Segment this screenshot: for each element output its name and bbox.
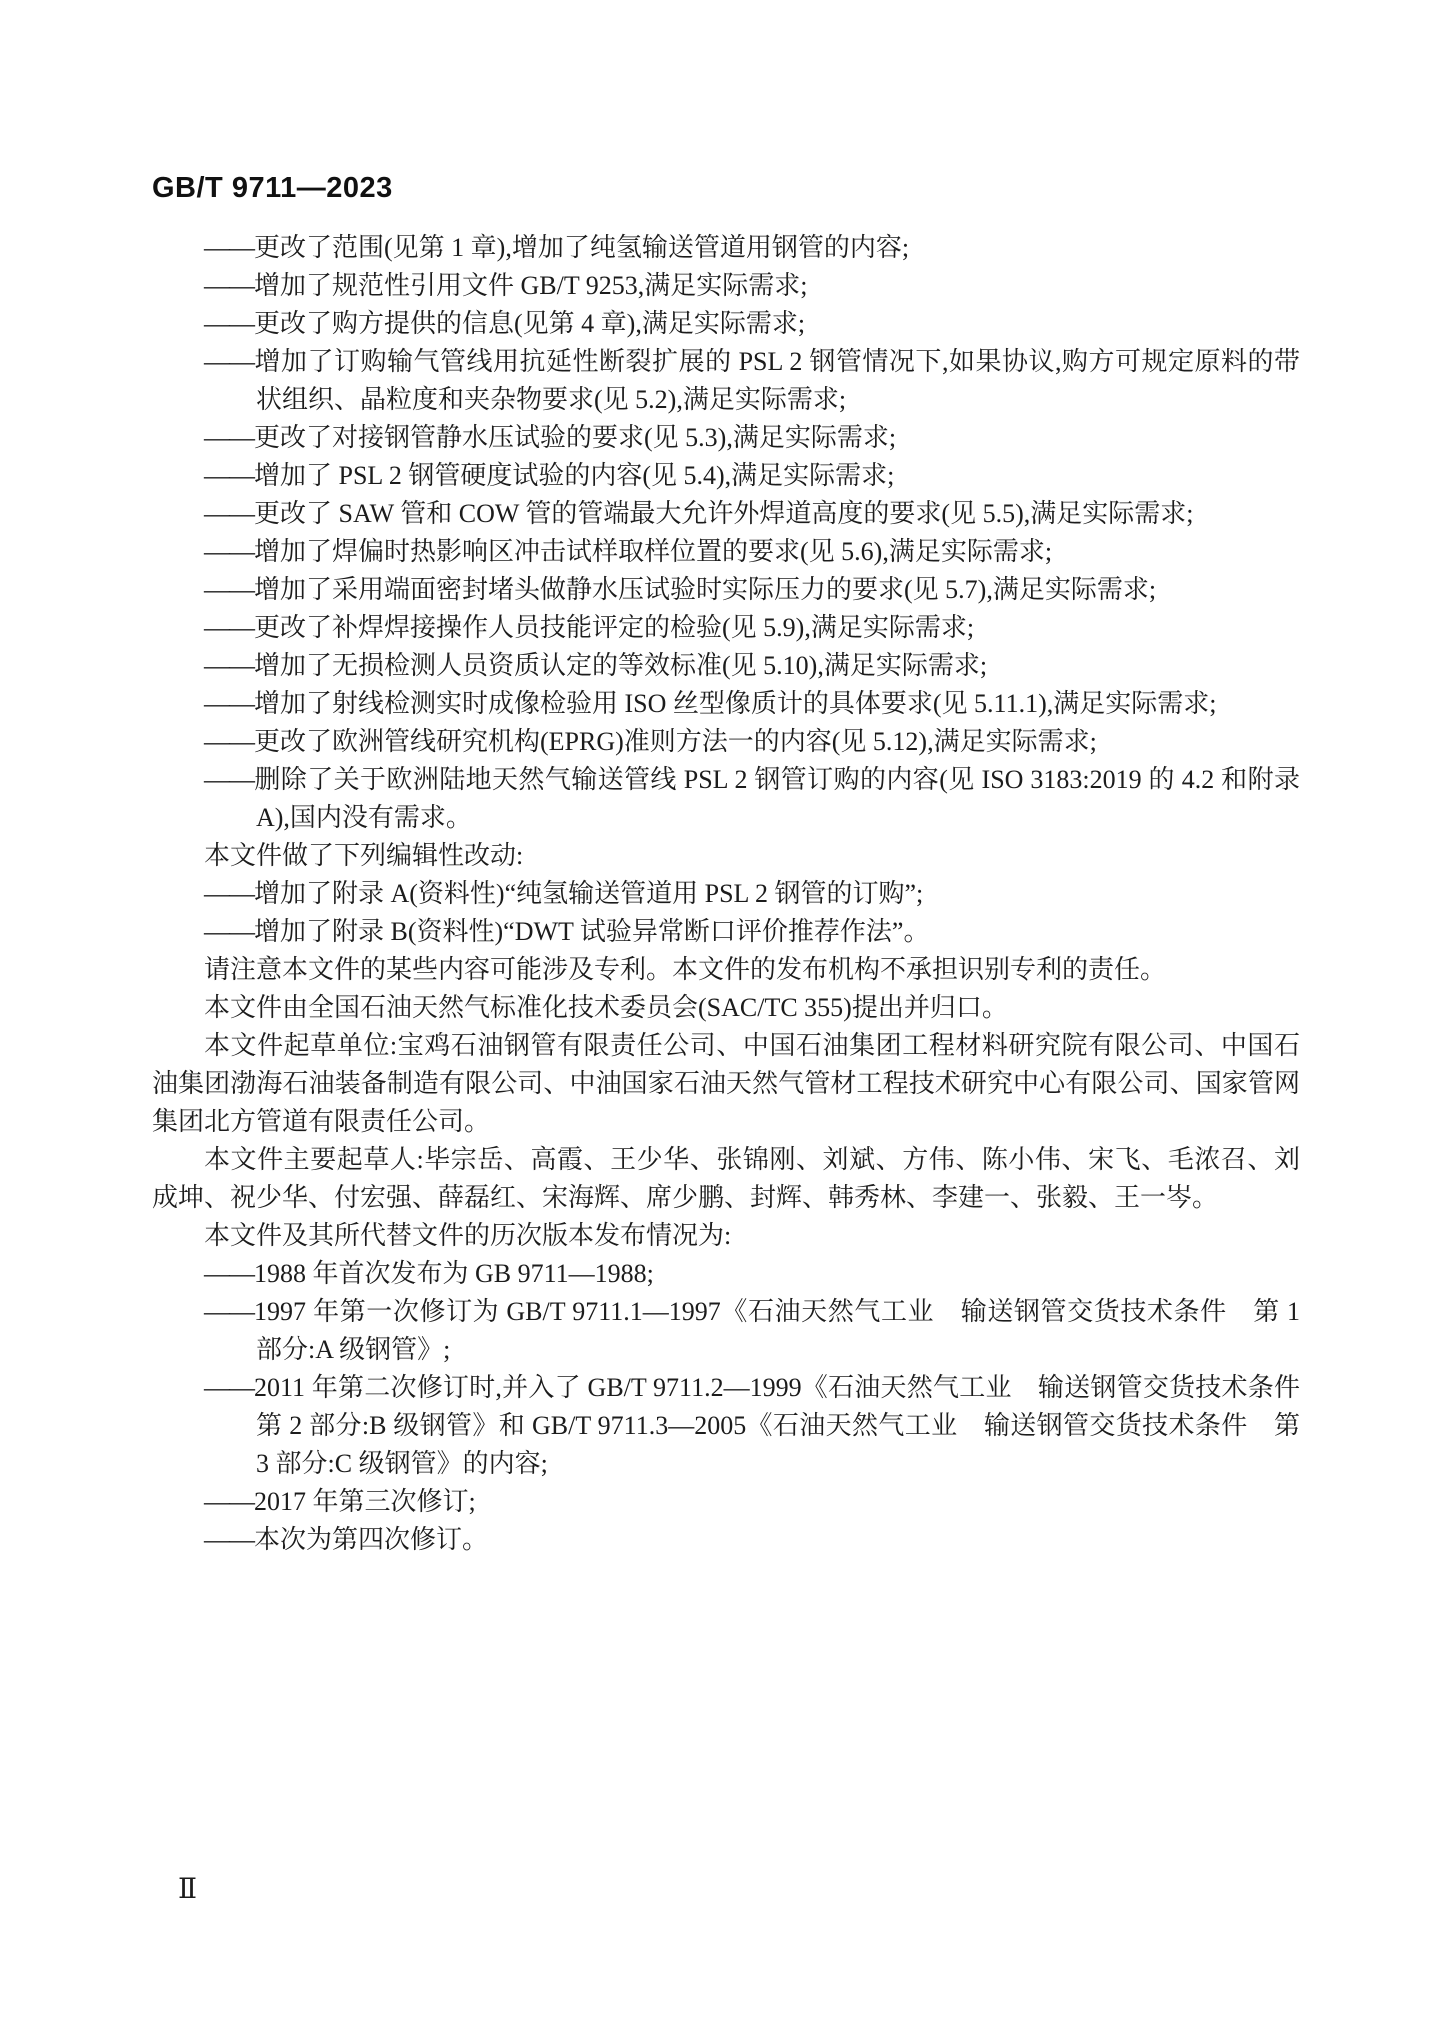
block-text: 1988 年首次发布为 GB 9711—1988; <box>254 1259 654 1288</box>
list-item: ——增加了 PSL 2 钢管硬度试验的内容(见 5.4),满足实际需求; <box>152 457 1300 495</box>
list-item: ——更改了购方提供的信息(见第 4 章),满足实际需求; <box>152 305 1300 343</box>
block-text: 增加了无损检测人员资质认定的等效标准(见 5.10),满足实际需求; <box>254 651 987 680</box>
list-item: ——2011 年第二次修订时,并入了 GB/T 9711.2—1999《石油天然… <box>152 1369 1300 1483</box>
paragraph: 请注意本文件的某些内容可能涉及专利。本文件的发布机构不承担识别专利的责任。 <box>152 951 1300 989</box>
list-item: ——1988 年首次发布为 GB 9711—1988; <box>152 1255 1300 1293</box>
block-text: 更改了欧洲管线研究机构(EPRG)准则方法一的内容(见 5.12),满足实际需求… <box>254 727 1097 756</box>
block-text: 更改了对接钢管静水压试验的要求(见 5.3),满足实际需求; <box>254 423 896 452</box>
em-dash-bullet: —— <box>204 879 254 908</box>
list-item: ——增加了射线检测实时成像检验用 ISO 丝型像质计的具体要求(见 5.11.1… <box>152 685 1300 723</box>
block-text: 更改了补焊焊接操作人员技能评定的检验(见 5.9),满足实际需求; <box>254 613 974 642</box>
block-text: 1997 年第一次修订为 GB/T 9711.1—1997《石油天然气工业 输送… <box>254 1297 1300 1364</box>
block-text: 更改了范围(见第 1 章),增加了纯氢输送管道用钢管的内容; <box>254 233 909 262</box>
em-dash-bullet: —— <box>204 1373 254 1402</box>
em-dash-bullet: —— <box>204 917 254 946</box>
em-dash-bullet: —— <box>204 537 254 566</box>
block-text: 增加了采用端面密封堵头做静水压试验时实际压力的要求(见 5.7),满足实际需求; <box>254 575 1156 604</box>
em-dash-bullet: —— <box>204 271 254 300</box>
block-text: 增加了附录 B(资料性)“DWT 试验异常断口评价推荐作法”。 <box>254 917 929 946</box>
block-text: 更改了 SAW 管和 COW 管的管端最大允许外焊道高度的要求(见 5.5),满… <box>254 499 1193 528</box>
block-text: 增加了射线检测实时成像检验用 ISO 丝型像质计的具体要求(见 5.11.1),… <box>254 689 1216 718</box>
list-item: ——增加了采用端面密封堵头做静水压试验时实际压力的要求(见 5.7),满足实际需… <box>152 571 1300 609</box>
paragraph: 本文件及其所代替文件的历次版本发布情况为: <box>152 1217 1300 1255</box>
block-text: 增加了附录 A(资料性)“纯氢输送管道用 PSL 2 钢管的订购”; <box>254 879 923 908</box>
list-item: ——增加了附录 A(资料性)“纯氢输送管道用 PSL 2 钢管的订购”; <box>152 875 1300 913</box>
list-item: ——2017 年第三次修订; <box>152 1483 1300 1521</box>
em-dash-bullet: —— <box>204 1487 254 1516</box>
em-dash-bullet: —— <box>204 461 254 490</box>
list-item: ——1997 年第一次修订为 GB/T 9711.1—1997《石油天然气工业 … <box>152 1293 1300 1369</box>
list-item: ——增加了附录 B(资料性)“DWT 试验异常断口评价推荐作法”。 <box>152 913 1300 951</box>
standard-code-header: GB/T 9711—2023 <box>152 172 393 205</box>
block-text: 本文件由全国石油天然气标准化技术委员会(SAC/TC 355)提出并归口。 <box>204 993 1008 1022</box>
paragraph: 本文件做了下列编辑性改动: <box>152 837 1300 875</box>
em-dash-bullet: —— <box>204 651 254 680</box>
list-item: ——更改了 SAW 管和 COW 管的管端最大允许外焊道高度的要求(见 5.5)… <box>152 495 1300 533</box>
list-item: ——删除了关于欧洲陆地天然气输送管线 PSL 2 钢管订购的内容(见 ISO 3… <box>152 761 1300 837</box>
block-text: 本文件主要起草人:毕宗岳、高霞、王少华、张锦刚、刘斌、方伟、陈小伟、宋飞、毛浓召… <box>152 1145 1300 1212</box>
em-dash-bullet: —— <box>204 233 254 262</box>
page-number: Ⅱ <box>178 1872 197 1906</box>
block-text: 本次为第四次修订。 <box>254 1525 488 1554</box>
block-text: 本文件做了下列编辑性改动: <box>204 841 523 870</box>
block-text: 2011 年第二次修订时,并入了 GB/T 9711.2—1999《石油天然气工… <box>254 1373 1326 1478</box>
em-dash-bullet: —— <box>204 765 254 794</box>
em-dash-bullet: —— <box>204 1297 254 1326</box>
em-dash-bullet: —— <box>204 689 254 718</box>
em-dash-bullet: —— <box>204 347 254 376</box>
block-text: 2017 年第三次修订; <box>254 1487 476 1516</box>
em-dash-bullet: —— <box>204 575 254 604</box>
list-item: ——更改了对接钢管静水压试验的要求(见 5.3),满足实际需求; <box>152 419 1300 457</box>
em-dash-bullet: —— <box>204 1525 254 1554</box>
block-text: 增加了 PSL 2 钢管硬度试验的内容(见 5.4),满足实际需求; <box>254 461 894 490</box>
block-text: 增加了订购输气管线用抗延性断裂扩展的 PSL 2 钢管情况下,如果协议,购方可规… <box>254 347 1300 414</box>
list-item: ——增加了无损检测人员资质认定的等效标准(见 5.10),满足实际需求; <box>152 647 1300 685</box>
em-dash-bullet: —— <box>204 727 254 756</box>
block-text: 删除了关于欧洲陆地天然气输送管线 PSL 2 钢管订购的内容(见 ISO 318… <box>254 765 1300 832</box>
block-text: 请注意本文件的某些内容可能涉及专利。本文件的发布机构不承担识别专利的责任。 <box>204 955 1166 984</box>
em-dash-bullet: —— <box>204 1259 254 1288</box>
list-item: ——增加了订购输气管线用抗延性断裂扩展的 PSL 2 钢管情况下,如果协议,购方… <box>152 343 1300 419</box>
list-item: ——增加了规范性引用文件 GB/T 9253,满足实际需求; <box>152 267 1300 305</box>
block-text: 更改了购方提供的信息(见第 4 章),满足实际需求; <box>254 309 805 338</box>
paragraph: 本文件由全国石油天然气标准化技术委员会(SAC/TC 355)提出并归口。 <box>152 989 1300 1027</box>
foreword-content: ——更改了范围(见第 1 章),增加了纯氢输送管道用钢管的内容;——增加了规范性… <box>152 229 1300 1559</box>
list-item: ——更改了范围(见第 1 章),增加了纯氢输送管道用钢管的内容; <box>152 229 1300 267</box>
em-dash-bullet: —— <box>204 613 254 642</box>
document-page: GB/T 9711—2023 ——更改了范围(见第 1 章),增加了纯氢输送管道… <box>0 0 1445 2044</box>
block-text: 本文件及其所代替文件的历次版本发布情况为: <box>204 1221 731 1250</box>
paragraph: 本文件主要起草人:毕宗岳、高霞、王少华、张锦刚、刘斌、方伟、陈小伟、宋飞、毛浓召… <box>152 1141 1300 1217</box>
block-text: 本文件起草单位:宝鸡石油钢管有限责任公司、中国石油集团工程材料研究院有限公司、中… <box>152 1031 1300 1136</box>
em-dash-bullet: —— <box>204 309 254 338</box>
em-dash-bullet: —— <box>204 423 254 452</box>
list-item: ——本次为第四次修订。 <box>152 1521 1300 1559</box>
list-item: ——更改了欧洲管线研究机构(EPRG)准则方法一的内容(见 5.12),满足实际… <box>152 723 1300 761</box>
list-item: ——更改了补焊焊接操作人员技能评定的检验(见 5.9),满足实际需求; <box>152 609 1300 647</box>
paragraph: 本文件起草单位:宝鸡石油钢管有限责任公司、中国石油集团工程材料研究院有限公司、中… <box>152 1027 1300 1141</box>
block-text: 增加了焊偏时热影响区冲击试样取样位置的要求(见 5.6),满足实际需求; <box>254 537 1052 566</box>
em-dash-bullet: —— <box>204 499 254 528</box>
list-item: ——增加了焊偏时热影响区冲击试样取样位置的要求(见 5.6),满足实际需求; <box>152 533 1300 571</box>
block-text: 增加了规范性引用文件 GB/T 9253,满足实际需求; <box>254 271 807 300</box>
